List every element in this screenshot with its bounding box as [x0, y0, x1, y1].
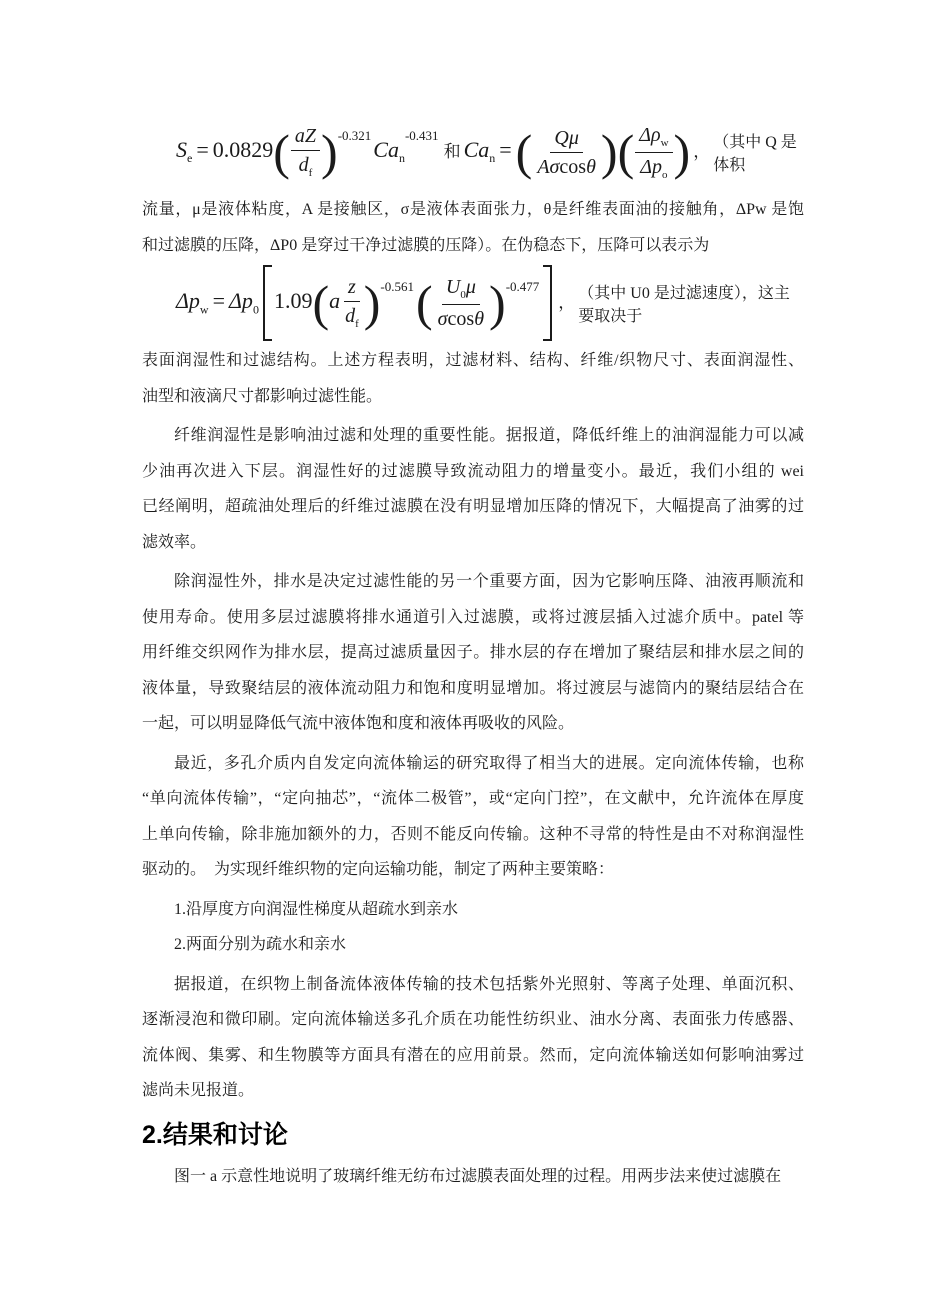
- equation-1-expression: Se=0.0829(aZdf)-0.321Can-0.431和Can=(QμAσ…: [176, 122, 713, 182]
- paren-close: ): [364, 275, 381, 331]
- var-delta-pw-sub: w: [200, 302, 209, 316]
- connector-and: 和: [444, 142, 461, 161]
- fraction-aZ-df: aZdf: [291, 123, 320, 180]
- var-delta-rho: Δρ: [639, 124, 660, 146]
- fraction-numerator: z: [344, 274, 360, 302]
- paragraph-equations: Se=0.0829(aZdf)-0.321Can-0.431和Can=(QμAσ…: [142, 112, 804, 414]
- var-Ca: Ca: [464, 137, 490, 162]
- var-delta-rho-sub: w: [661, 137, 669, 149]
- paren-open: (: [516, 124, 533, 180]
- exponent: -0.477: [506, 279, 540, 294]
- strategy-list: 1.沿厚度方向润湿性梯度从超疏水到亲水 2.两面分别为疏水和亲水: [142, 892, 804, 963]
- var-delta-p0: Δp: [229, 288, 253, 313]
- text-line: 表面润湿性和过滤结构。上述方程表明，过滤材料、结构、纤维/织物尺寸、表面润湿性、: [142, 343, 804, 379]
- var-A-sigma: Aσ: [537, 156, 559, 178]
- coefficient: 0.0829: [213, 137, 274, 162]
- var-delta-p: Δp: [640, 156, 662, 178]
- text-line: 最近，多孔介质内自发定向流体输运的研究取得了相当大的进展。定向流体传输，也称: [142, 746, 804, 782]
- var-Qmu: Qμ: [554, 127, 578, 149]
- text-line: 用纤维交织网作为排水层，提高过滤质量因子。排水层的存在增加了聚结层和排水层之间的: [142, 635, 804, 671]
- equals-sign: =: [499, 137, 511, 162]
- paragraph-results-intro: 图一 a 示意性地说明了玻璃纤维无纺布过滤膜表面处理的过程。用两步法来使过滤膜在: [142, 1159, 804, 1195]
- text-line: 一起，可以明显降低气流中液体饱和度和液体再吸收的风险。: [142, 706, 804, 742]
- var-Se: S: [176, 137, 187, 162]
- var-theta: θ: [586, 156, 596, 178]
- big-bracket-right: [543, 265, 552, 341]
- text-line: 逐渐浸泡和微印刷。定向流体输送多孔介质在功能性纺织业、油水分离、表面张力传感器、: [142, 1002, 804, 1038]
- text-line: 滤效率。: [142, 525, 804, 561]
- fraction-numerator: Qμ: [550, 125, 582, 153]
- var-mu: μ: [466, 276, 476, 298]
- fraction-Qmu: QμAσcosθ: [533, 125, 600, 180]
- text-line: 液体量，导致聚结层的液体流动阻力和饱和度明显增加。将过渡层与滤筒内的聚结层结合在: [142, 671, 804, 707]
- fraction-denominator: Δpo: [636, 153, 671, 182]
- text-line: 驱动的。 为实现纤维织物的定向运输功能，制定了两种主要策略：: [142, 852, 804, 888]
- text-line: 和过滤膜的压降，ΔP0 是穿过干净过滤膜的压降）。在伪稳态下，压降可以表示为: [142, 228, 804, 264]
- var-Se-sub: e: [187, 151, 192, 165]
- var-Ca-sub: n: [489, 151, 495, 165]
- fraction-denominator: df: [295, 151, 317, 180]
- text-line: 上单向传输，除非施加额外的力，否则不能反向传输。这种不寻常的特性是由不对称润湿性: [142, 817, 804, 853]
- text-line: 已经阐明，超疏油处理后的纤维过滤膜在没有明显增加压降的情况下，大幅提高了油雾的过: [142, 489, 804, 525]
- paragraph-directional-transport: 最近，多孔介质内自发定向流体输运的研究取得了相当大的进展。定向流体传输，也称 “…: [142, 746, 804, 888]
- paren-open: (: [416, 275, 433, 331]
- var-U: U: [446, 276, 460, 298]
- text-line: “单向流体传输”，“定向抽芯”，“流体二极管”，或“定向门控”，在文献中，允许流…: [142, 781, 804, 817]
- paren-open: (: [618, 124, 635, 180]
- paren-close: ): [489, 275, 506, 331]
- equation-2-note: （其中 U0 是过滤速度），这主要取决于: [578, 280, 804, 326]
- var-d-sub: f: [355, 318, 359, 330]
- paren-close: ): [321, 124, 338, 180]
- fraction-z-df: zdf: [341, 274, 363, 331]
- text-line: 据报道，在织物上制备流体液体传输的技术包括紫外光照射、等离子处理、单面沉积、: [142, 967, 804, 1003]
- cos-operator: cos: [559, 156, 586, 178]
- paren-open: (: [273, 124, 290, 180]
- exponent: -0.321: [338, 128, 372, 143]
- paragraph-techniques: 据报道，在织物上制备流体液体传输的技术包括紫外光照射、等离子处理、单面沉积、 逐…: [142, 967, 804, 1109]
- equation-2: Δpw=Δp01.09(azdf)-0.561(U0μσcosθ)-0.477，…: [142, 263, 804, 343]
- var-d-sub: f: [309, 167, 313, 179]
- var-aZ: aZ: [295, 125, 316, 147]
- var-Ca: Ca: [373, 137, 399, 162]
- fraction-delta-rho: ΔρwΔpo: [635, 122, 672, 182]
- document-page: Se=0.0829(aZdf)-0.321Can-0.431和Can=(QμAσ…: [0, 0, 926, 1309]
- exponent: -0.561: [380, 279, 414, 294]
- list-item: 1.沿厚度方向润湿性梯度从超疏水到亲水: [142, 892, 804, 928]
- var-delta-pw: Δp: [176, 288, 200, 313]
- text-line: 滤尚未见报道。: [142, 1073, 804, 1109]
- var-theta: θ: [474, 308, 484, 330]
- big-bracket-left: [263, 265, 272, 341]
- text-line: 少油再次进入下层。润湿性好的过滤膜导致流动阻力的增量变小。最近，我们小组的 we…: [142, 454, 804, 490]
- text-line: 除润湿性外，排水是决定过滤性能的另一个重要方面，因为它影响压降、油液再顺流和: [142, 564, 804, 600]
- text-line: 纤维润湿性是影响油过滤和处理的重要性能。据报道，降低纤维上的油润湿能力可以减: [142, 418, 804, 454]
- comma: ，: [693, 142, 710, 161]
- var-a: a: [329, 288, 340, 313]
- var-delta-p0-sub: 0: [253, 302, 259, 316]
- paren-close: ): [674, 124, 691, 180]
- text-line: 流体阀、集雾、和生物膜等方面具有潜在的应用前景。然而，定向流体输送如何影响油雾过: [142, 1038, 804, 1074]
- comma: ，: [558, 293, 575, 312]
- paren-close: ): [601, 124, 618, 180]
- fraction-denominator: df: [341, 302, 363, 331]
- equation-1-note: （其中 Q 是体积: [713, 129, 804, 175]
- fraction-denominator: Aσcosθ: [533, 153, 600, 180]
- fraction-numerator: U0μ: [442, 274, 480, 304]
- fraction-numerator: aZ: [291, 123, 320, 151]
- coefficient: 1.09: [274, 288, 313, 313]
- list-item: 2.两面分别为疏水和亲水: [142, 927, 804, 963]
- text-line: 使用寿命。使用多层过滤膜将排水通道引入过滤膜，或将过渡层插入过滤介质中。pate…: [142, 600, 804, 636]
- cos-operator: cos: [448, 308, 475, 330]
- equation-1: Se=0.0829(aZdf)-0.321Can-0.431和Can=(QμAσ…: [142, 112, 804, 192]
- var-delta-p-sub: o: [662, 169, 668, 181]
- paragraph-drainage: 除润湿性外，排水是决定过滤性能的另一个重要方面，因为它影响压降、油液再顺流和 使…: [142, 564, 804, 742]
- paragraph-wettability: 纤维润湿性是影响油过滤和处理的重要性能。据报道，降低纤维上的油润湿能力可以减 少…: [142, 418, 804, 560]
- text-line: 流量，μ是液体粘度，A 是接触区，σ是液体表面张力，θ是纤维表面油的接触角，ΔP…: [142, 192, 804, 228]
- text-line: 图一 a 示意性地说明了玻璃纤维无纺布过滤膜表面处理的过程。用两步法来使过滤膜在: [142, 1159, 804, 1195]
- fraction-denominator: σcosθ: [434, 305, 488, 332]
- exponent: -0.431: [405, 128, 439, 143]
- equation-2-expression: Δpw=Δp01.09(azdf)-0.561(U0μσcosθ)-0.477，: [176, 265, 578, 341]
- equals-sign: =: [196, 137, 208, 162]
- var-z: z: [348, 276, 356, 298]
- var-d: d: [299, 154, 309, 176]
- fraction-numerator: Δρw: [635, 122, 672, 152]
- var-d: d: [345, 305, 355, 327]
- equals-sign: =: [213, 288, 225, 313]
- paren-open: (: [312, 275, 329, 331]
- section-heading-results: 2.结果和讨论: [142, 1113, 804, 1157]
- fraction-U0mu: U0μσcosθ: [434, 274, 488, 331]
- var-Ca-sub: n: [399, 151, 405, 165]
- text-line: 油型和液滴尺寸都影响过滤性能。: [142, 379, 804, 415]
- var-sigma: σ: [438, 308, 448, 330]
